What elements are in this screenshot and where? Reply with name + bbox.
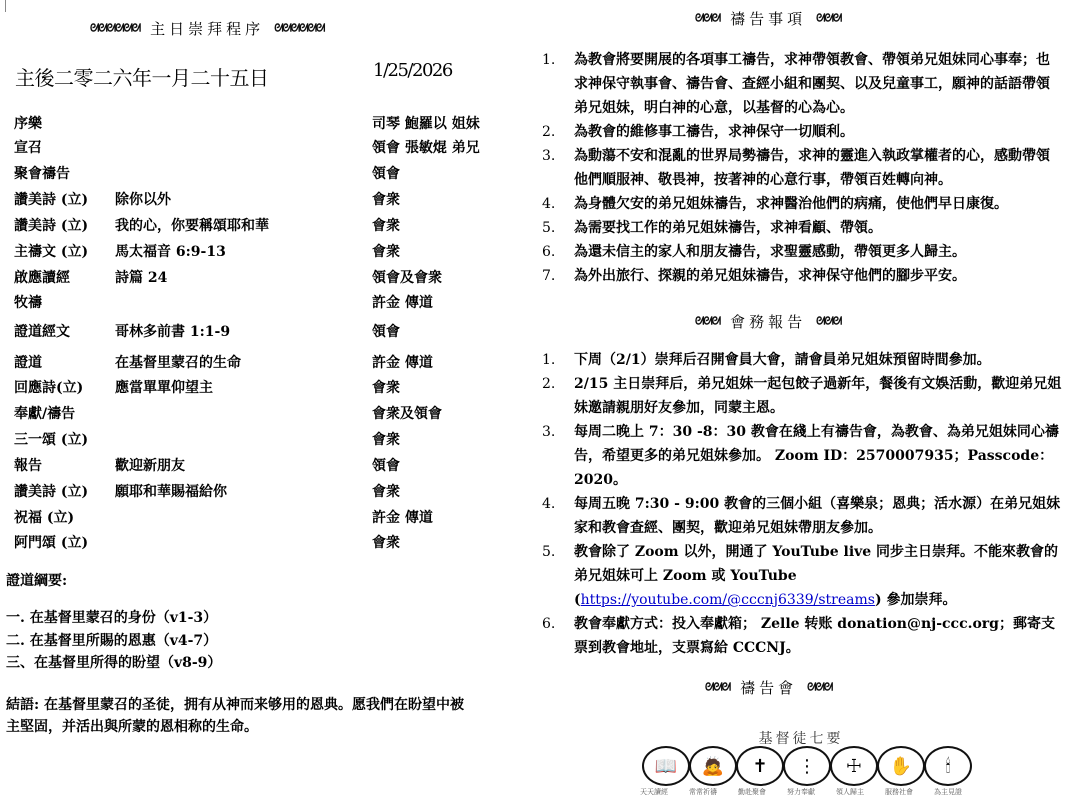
candle-light-icon: 🕯: [924, 746, 972, 786]
program-row: 阿門頌 (立)會衆: [14, 532, 514, 554]
program-row: 祝福 (立)許金 傳道: [14, 507, 514, 529]
item-text: 為需要找工作的弟兄姐妹禱告，求神看顧、帶領。: [574, 220, 882, 236]
ornament-left-icon: ᘛᘛᘛ: [695, 12, 720, 25]
ornament-right-icon: ᘛᘛᘛ: [807, 681, 832, 694]
program-content: 應當單單仰望主: [115, 377, 213, 397]
program-item: 奉獻/禱告: [14, 403, 75, 423]
outline-point-2: 二. 在基督里所賜的恩惠（v4-7）: [6, 630, 217, 650]
program-item: 序樂: [14, 113, 42, 133]
program-content: 歡迎新朋友: [115, 455, 185, 475]
list-item: 4.為身體欠安的弟兄姐妹禱告，求神醫治他們的病痛，使他們早日康復。: [542, 192, 1062, 216]
program-person: 會衆及領會: [372, 403, 442, 423]
program-person: 領會: [372, 321, 400, 341]
seven-essentials-icons: 📖🙇✝⋮☩✋🕯: [642, 746, 971, 786]
worship-title: 主日崇拜程序: [140, 20, 274, 38]
program-content: 哥林多前書 1:1-9: [115, 321, 230, 341]
item-number: 1.: [542, 48, 568, 72]
program-item: 宣召: [14, 137, 42, 157]
item-text: ) 參加崇拜。: [875, 592, 957, 608]
program-content: 馬太福音 6:9-13: [115, 241, 226, 261]
prayer-meeting-title: 禱告會: [730, 679, 807, 697]
outline-title: 證道綱要:: [6, 570, 67, 590]
program-person: 會衆: [372, 241, 400, 261]
item-text: 2/15 主日崇拜后，弟兄姐妹一起包餃子過新年，餐後有文娛活動，歡迎弟兄姐妹邀請…: [574, 376, 1061, 416]
program-item: 讚美詩 (立): [14, 481, 88, 501]
program-item: 阿門頌 (立): [14, 532, 88, 552]
program-person: 會衆: [372, 377, 400, 397]
conclusion-line-2: 主堅固，并活出與所蒙的恩相称的生命。: [6, 716, 258, 736]
outline-point-3: 三、在基督里所得的盼望（v8-9）: [6, 652, 221, 672]
item-text: 為教會將要開展的各項事工禱告，求神帶領教會、帶領弟兄姐妹同心事奉；也求神保守執事…: [574, 52, 1050, 116]
essential-label: 服務社會: [885, 787, 913, 797]
program-content: 詩篇 24: [115, 267, 167, 287]
program-item: 證道經文: [14, 321, 70, 341]
essential-label: 為主見證: [934, 787, 962, 797]
item-number: 6.: [542, 612, 568, 636]
program-row: 牧禱許金 傳道: [14, 292, 514, 314]
seven-essentials-graphic: 基督徒七要 📖🙇✝⋮☩✋🕯 天天讀經常常祈禱勤赴聚會努力奉獻領人歸主服務社會為主…: [640, 728, 962, 799]
announcements-panel: ᘛᘛᘛ禱告事項ᘛᘛᘛ 1.為教會將要開展的各項事工禱告，求神帶領教會、帶領弟兄姐…: [530, 0, 1071, 799]
prayer-title-heading: ᘛᘛᘛ禱告事項ᘛᘛᘛ: [695, 8, 841, 29]
program-person: 司琴 鮑羅以 姐妹: [372, 113, 480, 133]
program-item: 啟應讀經: [14, 267, 70, 287]
program-person: 領會 張敏焜 弟兄: [372, 137, 480, 157]
program-item: 證道: [14, 352, 42, 372]
essential-label: 努力奉獻: [787, 787, 815, 797]
list-item: 2.2/15 主日崇拜后，弟兄姐妹一起包餃子過新年，餐後有文娛活動，歡迎弟兄姐妹…: [542, 372, 1062, 420]
program-row: 宣召領會 張敏焜 弟兄: [14, 137, 514, 159]
prayer-list: 1.為教會將要開展的各項事工禱告，求神帶領教會、帶領弟兄姐妹同心事奉；也求神保守…: [542, 48, 1062, 288]
program-person: 許金 傳道: [372, 352, 433, 372]
program-person: 許金 傳道: [372, 507, 433, 527]
program-person: 許金 傳道: [372, 292, 433, 312]
announcements-list: 1.下周（2/1）崇拜后召開會員大會，請會員弟兄姐妹預留時間參加。2.2/15 …: [542, 348, 1062, 660]
conclusion-line-1: 結語: 在基督里蒙召的圣徒，拥有从神而来够用的恩典。愿我們在盼望中被: [6, 694, 464, 714]
seven-essentials-labels: 天天讀經常常祈禱勤赴聚會努力奉獻領人歸主服務社會為主見證: [640, 787, 962, 797]
essential-label: 領人歸主: [836, 787, 864, 797]
item-text: 每周五晚 7:30 - 9:00 教會的三個小組（喜樂泉；恩典；活水源）在弟兄姐…: [574, 496, 1060, 536]
item-number: 1.: [542, 348, 568, 372]
worship-program-panel: ᘛᘛᘛᘛᘛᘛ主日崇拜程序ᘛᘛᘛᘛᘛᘛ 主後二零二六年一月二十五日 1/25/20…: [0, 0, 530, 799]
program-row: 報告歡迎新朋友領會: [14, 455, 514, 477]
list-item: 6.為還未信主的家人和朋友禱告，求聖靈感動，帶領更多人歸主。: [542, 240, 1062, 264]
evangelism-icon: ☩: [830, 746, 878, 786]
reading-person-icon: 📖: [642, 746, 690, 786]
list-item: 1.為教會將要開展的各項事工禱告，求神帶領教會、帶領弟兄姐妹同心事奉；也求神保守…: [542, 48, 1062, 120]
ornament-left-icon: ᘛᘛᘛᘛᘛᘛ: [90, 22, 140, 35]
item-number: 4.: [542, 192, 568, 216]
program-person: 領會及會衆: [372, 267, 442, 287]
program-row: 讚美詩 (立)除你以外會衆: [14, 189, 514, 211]
item-number: 3.: [542, 420, 568, 444]
program-row: 回應詩(立)應當單單仰望主會衆: [14, 377, 514, 399]
item-number: 3.: [542, 144, 568, 168]
item-text: 為教會的維修事工禱告，求神保守一切順利。: [574, 124, 854, 140]
date-numeric: 1/25/2026: [373, 60, 452, 81]
essential-label: 勤赴聚會: [738, 787, 766, 797]
fish-offering-icon: ⋮: [783, 746, 831, 786]
program-content: 除你以外: [115, 189, 171, 209]
program-item: 祝福 (立): [14, 507, 74, 527]
program-item: 牧禱: [14, 292, 42, 312]
item-text: 為外出旅行、探親的弟兄姐妹禱告，求神保守他們的腳步平安。: [574, 268, 966, 284]
program-content: 我的心，你要稱頌耶和華: [115, 215, 269, 235]
list-item: 7.為外出旅行、探親的弟兄姐妹禱告，求神保守他們的腳步平安。: [542, 264, 1062, 288]
ornament-right-icon: ᘛᘛᘛ: [816, 315, 841, 328]
item-number: 7.: [542, 264, 568, 288]
item-number: 4.: [542, 492, 568, 516]
list-item: 4.每周五晚 7:30 - 9:00 教會的三個小組（喜樂泉；恩典；活水源）在弟…: [542, 492, 1062, 540]
ornament-left-icon: ᘛᘛᘛ: [705, 681, 730, 694]
list-item: 2.為教會的維修事工禱告，求神保守一切順利。: [542, 120, 1062, 144]
item-number: 2.: [542, 120, 568, 144]
list-item: 6.教會奉獻方式：投入奉獻箱； Zelle 转账 donation@nj-ccc…: [542, 612, 1062, 660]
item-text: 教會奉獻方式：投入奉獻箱； Zelle 转账 donation@nj-ccc.o…: [574, 616, 1055, 656]
list-item: 3.每周二晚上 7：30 -8：30 教會在綫上有禱告會，為教會、為弟兄姐妹同心…: [542, 420, 1062, 492]
program-person: 會衆: [372, 532, 400, 552]
date-chinese: 主後二零二六年一月二十五日: [15, 62, 269, 91]
program-row: 證道經文哥林多前書 1:1-9領會: [14, 321, 514, 343]
announcements-title-heading: ᘛᘛᘛ會務報告ᘛᘛᘛ: [695, 311, 841, 332]
essential-label: 常常祈禱: [689, 787, 717, 797]
prayer-title: 禱告事項: [720, 10, 816, 28]
item-text: 為身體欠安的弟兄姐妹禱告，求神醫治他們的病痛，使他們早日康復。: [574, 196, 1008, 212]
outline-point-1: 一. 在基督里蒙召的身份（v1-3）: [6, 607, 217, 627]
program-person: 會衆: [372, 481, 400, 501]
program-row: 讚美詩 (立)願耶和華賜福給你會衆: [14, 481, 514, 503]
program-row: 聚會禱告領會: [14, 163, 514, 185]
list-item: 5.為需要找工作的弟兄姐妹禱告，求神看顧、帶領。: [542, 216, 1062, 240]
program-item: 主禱文 (立): [14, 241, 88, 261]
kneeling-prayer-icon: 🙇: [689, 746, 737, 786]
item-number: 2.: [542, 372, 568, 396]
prayer-meeting-heading: ᘛᘛᘛ禱告會ᘛᘛᘛ: [705, 677, 832, 698]
item-number: 6.: [542, 240, 568, 264]
worship-title-heading: ᘛᘛᘛᘛᘛᘛ主日崇拜程序ᘛᘛᘛᘛᘛᘛ: [90, 18, 324, 39]
program-person: 會衆: [372, 215, 400, 235]
item-number: 5.: [542, 216, 568, 240]
serving-hands-icon: ✋: [877, 746, 925, 786]
program-row: 啟應讀經詩篇 24領會及會衆: [14, 267, 514, 289]
ornament-left-icon: ᘛᘛᘛ: [695, 315, 720, 328]
program-row: 序樂司琴 鮑羅以 姐妹: [14, 113, 514, 135]
program-item: 報告: [14, 455, 42, 475]
youtube-link[interactable]: https://youtube.com/@cccnj6339/streams: [581, 592, 875, 608]
list-item: 3.為動蕩不安和混亂的世界局勢禱告，求神的靈進入執政掌權者的心，感動帶領他們順服…: [542, 144, 1062, 192]
list-item: 5.教會除了 Zoom 以外，開通了 YouTube live 同步主日崇拜。不…: [542, 540, 1062, 612]
program-item: 讚美詩 (立): [14, 215, 88, 235]
program-row: 證道在基督里蒙召的生命許金 傳道: [14, 352, 514, 374]
item-number: 5.: [542, 540, 568, 564]
program-row: 三一頌 (立)會衆: [14, 429, 514, 451]
ornament-right-icon: ᘛᘛᘛᘛᘛᘛ: [274, 22, 324, 35]
program-row: 奉獻/禱告會衆及領會: [14, 403, 514, 425]
item-text: 每周二晚上 7：30 -8：30 教會在綫上有禱告會，為教會、為弟兄姐妹同心禱告…: [574, 424, 1059, 488]
program-content: 願耶和華賜福給你: [115, 481, 227, 501]
program-row: 主禱文 (立)馬太福音 6:9-13會衆: [14, 241, 514, 263]
cross-congregation-icon: ✝: [736, 746, 784, 786]
ornament-right-icon: ᘛᘛᘛ: [816, 12, 841, 25]
program-row: 讚美詩 (立)我的心，你要稱頌耶和華會衆: [14, 215, 514, 237]
item-text: 為還未信主的家人和朋友禱告，求聖靈感動，帶領更多人歸主。: [574, 244, 966, 260]
essential-label: 天天讀經: [640, 787, 668, 797]
program-item: 讚美詩 (立): [14, 189, 88, 209]
announcements-title: 會務報告: [720, 313, 816, 331]
program-item: 回應詩(立): [14, 377, 83, 397]
item-text: 為動蕩不安和混亂的世界局勢禱告，求神的靈進入執政掌權者的心，感動帶領他們順服神、…: [574, 148, 1050, 188]
program-item: 聚會禱告: [14, 163, 70, 183]
program-person: 會衆: [372, 189, 400, 209]
program-person: 領會: [372, 163, 400, 183]
program-content: 在基督里蒙召的生命: [115, 352, 241, 372]
list-item: 1.下周（2/1）崇拜后召開會員大會，請會員弟兄姐妹預留時間參加。: [542, 348, 1062, 372]
item-text: 下周（2/1）崇拜后召開會員大會，請會員弟兄姐妹預留時間參加。: [574, 352, 991, 368]
program-person: 領會: [372, 455, 400, 475]
seven-essentials-title: 基督徒七要: [640, 728, 962, 748]
program-item: 三一頌 (立): [14, 429, 88, 449]
program-person: 會衆: [372, 429, 400, 449]
